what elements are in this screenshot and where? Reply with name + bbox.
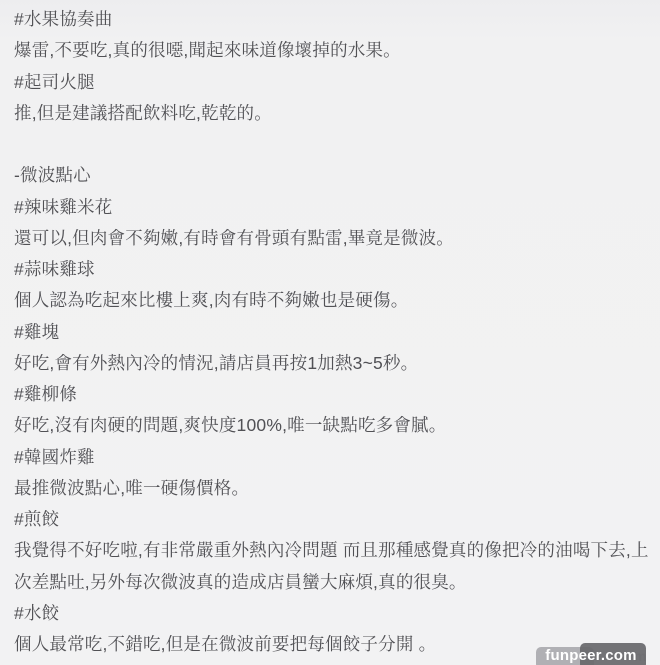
review-line: 最推微波點心,唯一硬傷價格。 <box>14 473 650 504</box>
review-line: 我覺得不好吃啦,有非常嚴重外熱內冷問題 而且那種感覺真的像把冷的油喝下去,上次差… <box>14 535 650 598</box>
review-line: 好吃,會有外熱內冷的情況,請店員再按1加熱3~5秒。 <box>14 348 650 379</box>
review-line: 爆雷,不要吃,真的很噁,聞起來味道像壞掉的水果。 <box>14 35 650 66</box>
post-body: #水果協奏曲爆雷,不要吃,真的很噁,聞起來味道像壞掉的水果。#起司火腿推,但是建… <box>14 4 650 660</box>
review-line: 好吃,沒有肉硬的問題,爽快度100%,唯一缺點吃多會膩。 <box>14 410 650 441</box>
hashtag-line: #煎餃 <box>14 504 650 535</box>
hashtag-line: #水餃 <box>14 598 650 629</box>
section-title-line: -微波點心 <box>14 160 650 191</box>
blank-line <box>14 129 650 160</box>
review-line: 還可以,但肉會不夠嫩,有時會有骨頭有點雷,畢竟是微波。 <box>14 223 650 254</box>
post-screenshot: #水果協奏曲爆雷,不要吃,真的很噁,聞起來味道像壞掉的水果。#起司火腿推,但是建… <box>0 0 660 665</box>
hashtag-line: #起司火腿 <box>14 67 650 98</box>
review-line: 推,但是建議搭配飲料吃,乾乾的。 <box>14 98 650 129</box>
hashtag-line: #水果協奏曲 <box>14 4 650 35</box>
watermark-label: funpeer.com <box>536 647 646 664</box>
review-line: 個人認為吃起來比樓上爽,肉有時不夠嫩也是硬傷。 <box>14 285 650 316</box>
hashtag-line: #蒜味雞球 <box>14 254 650 285</box>
hashtag-line: #韓國炸雞 <box>14 442 650 473</box>
hashtag-line: #雞塊 <box>14 317 650 348</box>
hashtag-line: #辣味雞米花 <box>14 192 650 223</box>
watermark: m funpeer.com <box>530 640 660 665</box>
hashtag-line: #雞柳條 <box>14 379 650 410</box>
